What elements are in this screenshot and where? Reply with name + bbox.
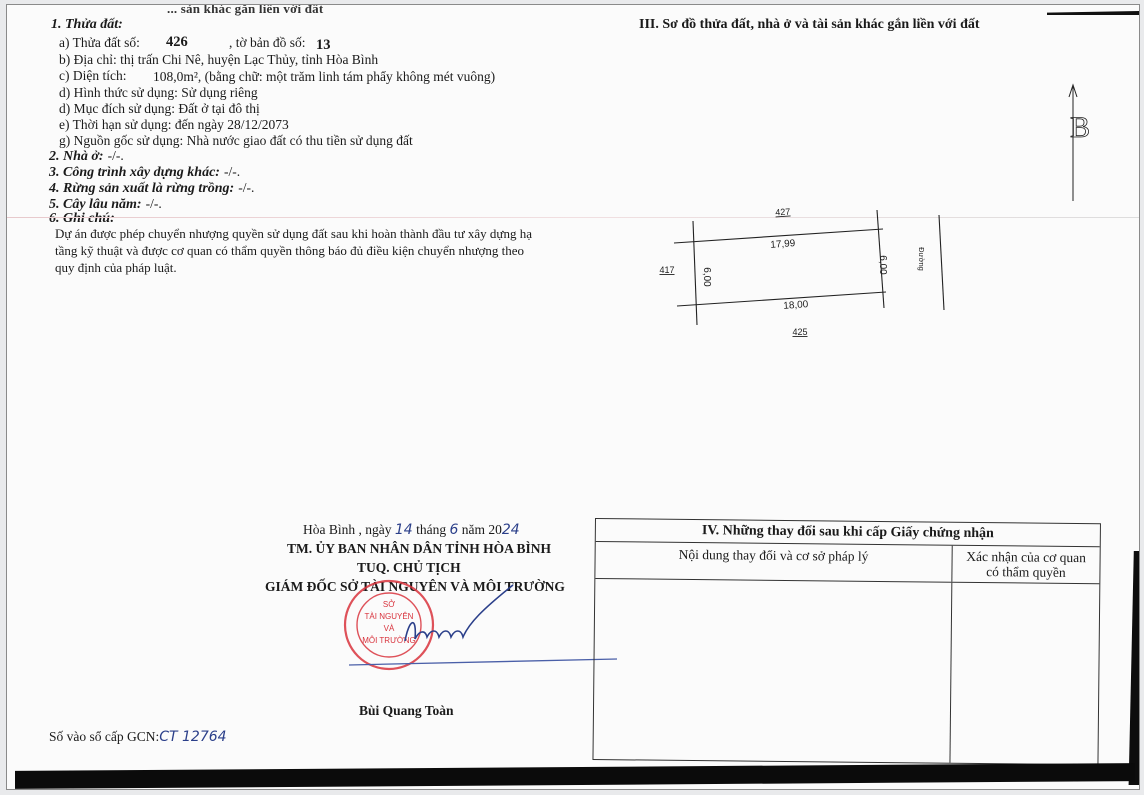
org-line2: TUQ. CHỦ TỊCH: [357, 560, 461, 576]
north-arrow-icon: B: [1069, 85, 1090, 201]
signer-name: Bùi Quang Toàn: [359, 703, 454, 719]
registry-value: CT 12764: [159, 729, 226, 745]
edge-bottom-length: 18,00: [783, 299, 809, 312]
registry-label: Số vào sổ cấp GCN:: [49, 729, 159, 744]
month-label: tháng: [416, 522, 446, 537]
col-change-content: Nội dung thay đổi và cơ sở pháp lý: [595, 542, 952, 582]
edge-left-length: 6,00: [701, 267, 712, 287]
scan-edge-bottom: [15, 763, 1135, 789]
date-month: 6: [449, 522, 458, 538]
neighbor-425-label: 425: [792, 327, 807, 337]
date-year: 24: [502, 522, 520, 538]
signature-underline: [349, 659, 617, 665]
date-day: 14: [395, 522, 413, 538]
stamp-line2: TÀI NGUYÊN: [365, 612, 414, 621]
signature-stroke: [405, 585, 513, 641]
year-label: năm 20: [462, 522, 502, 537]
col-confirmation-line2: có thẩm quyền: [952, 564, 1099, 581]
official-stamp: SỞ TÀI NGUYÊN VÀ MÔI TRƯỜNG: [337, 579, 627, 679]
change-content-cell: [593, 579, 952, 763]
north-label: B: [1070, 111, 1090, 144]
col-confirmation: Xác nhận của cơ quan có thẩm quyền: [952, 546, 1099, 584]
org-line1: TM. ỦY BAN NHÂN DÂN TỈNH HÒA BÌNH: [287, 541, 551, 557]
road-label: Đường: [917, 247, 926, 271]
place-date-prefix: Hòa Bình , ngày: [303, 522, 392, 537]
certificate-page: ... sản khác gắn liền với đất 1. Thửa đấ…: [6, 4, 1140, 790]
registry-number: Số vào sổ cấp GCN:CT 12764: [49, 729, 227, 745]
stamp-line3: VÀ: [384, 624, 395, 633]
stamp-line4: MÔI TRƯỜNG: [362, 636, 416, 645]
neighbor-417-label: 417: [659, 265, 674, 275]
confirmation-cell: [950, 583, 1099, 765]
neighbor-427-label: 427: [775, 206, 791, 217]
edge-right-length: 6,00: [877, 255, 888, 275]
edge-top-length: 17,99: [770, 238, 796, 251]
col-confirmation-line1: Xác nhận của cơ quan: [953, 549, 1100, 566]
place-date: Hòa Bình , ngày 14 tháng 6 năm 2024: [303, 522, 520, 538]
parcel-diagram: B 427 417 425 17,99 18,00 6,00 6,00 Đườn…: [7, 5, 1139, 345]
changes-table: IV. Những thay đổi sau khi cấp Giấy chứn…: [592, 518, 1101, 765]
stamp-line1: SỞ: [383, 600, 395, 609]
